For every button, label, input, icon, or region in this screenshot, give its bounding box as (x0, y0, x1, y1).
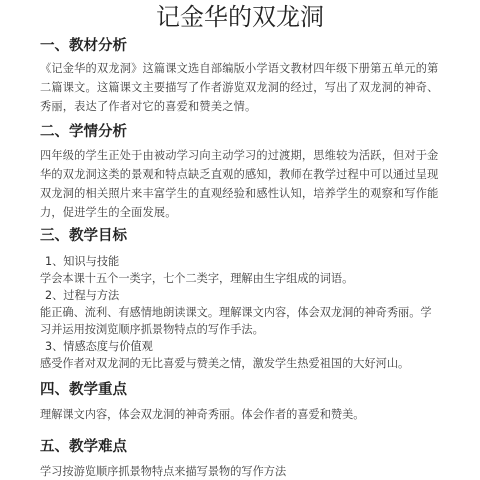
goal-text-process-line1: 能正确、流利、有感情地朗读课文。理解课文内容，体会双龙洞的神奇秀丽。学 (40, 304, 432, 321)
goal-text-process-line2: 习并运用按浏览顺序抓景物特点的写作手法。 (40, 321, 264, 338)
section-body-key-points: 理解课文内容，体会双龙洞的神奇秀丽。体会作者的喜爱和赞美。 (40, 406, 364, 423)
section-body-textbook-analysis: 《记金华的双龙洞》这篇课文选自部编版小学语文教材四年级下册第五单元的第二篇课文。… (40, 59, 442, 116)
section-body-difficulties: 学习按游览顺序抓景物特点来描写景物的写作方法 (40, 463, 286, 480)
goal-label-knowledge: 1、知识与技能 (45, 253, 119, 270)
section-body-student-analysis: 四年级的学生正处于由被动学习向主动学习的过渡期，思维较为活跃，但对于金华的双龙洞… (40, 146, 442, 222)
goal-text-attitude: 感受作者对双龙洞的无比喜爱与赞美之情，激发学生热爱祖国的大好河山。 (40, 355, 409, 372)
section-heading-teaching-goals: 三、教学目标 (40, 226, 127, 246)
goal-label-process: 2、过程与方法 (45, 287, 119, 304)
goal-text-knowledge: 学会本课十五个一类字，七个二类字，理解由生字组成的词语。 (40, 270, 353, 287)
section-heading-textbook-analysis: 一、教材分析 (40, 36, 127, 56)
goal-label-attitude: 3、情感态度与价值观 (45, 338, 153, 355)
section-heading-student-analysis: 二、学情分析 (40, 122, 127, 142)
document-title: 记金华的双龙洞 (0, 2, 480, 32)
section-heading-key-points: 四、教学重点 (40, 380, 127, 400)
section-heading-difficulties: 五、教学难点 (40, 437, 127, 457)
